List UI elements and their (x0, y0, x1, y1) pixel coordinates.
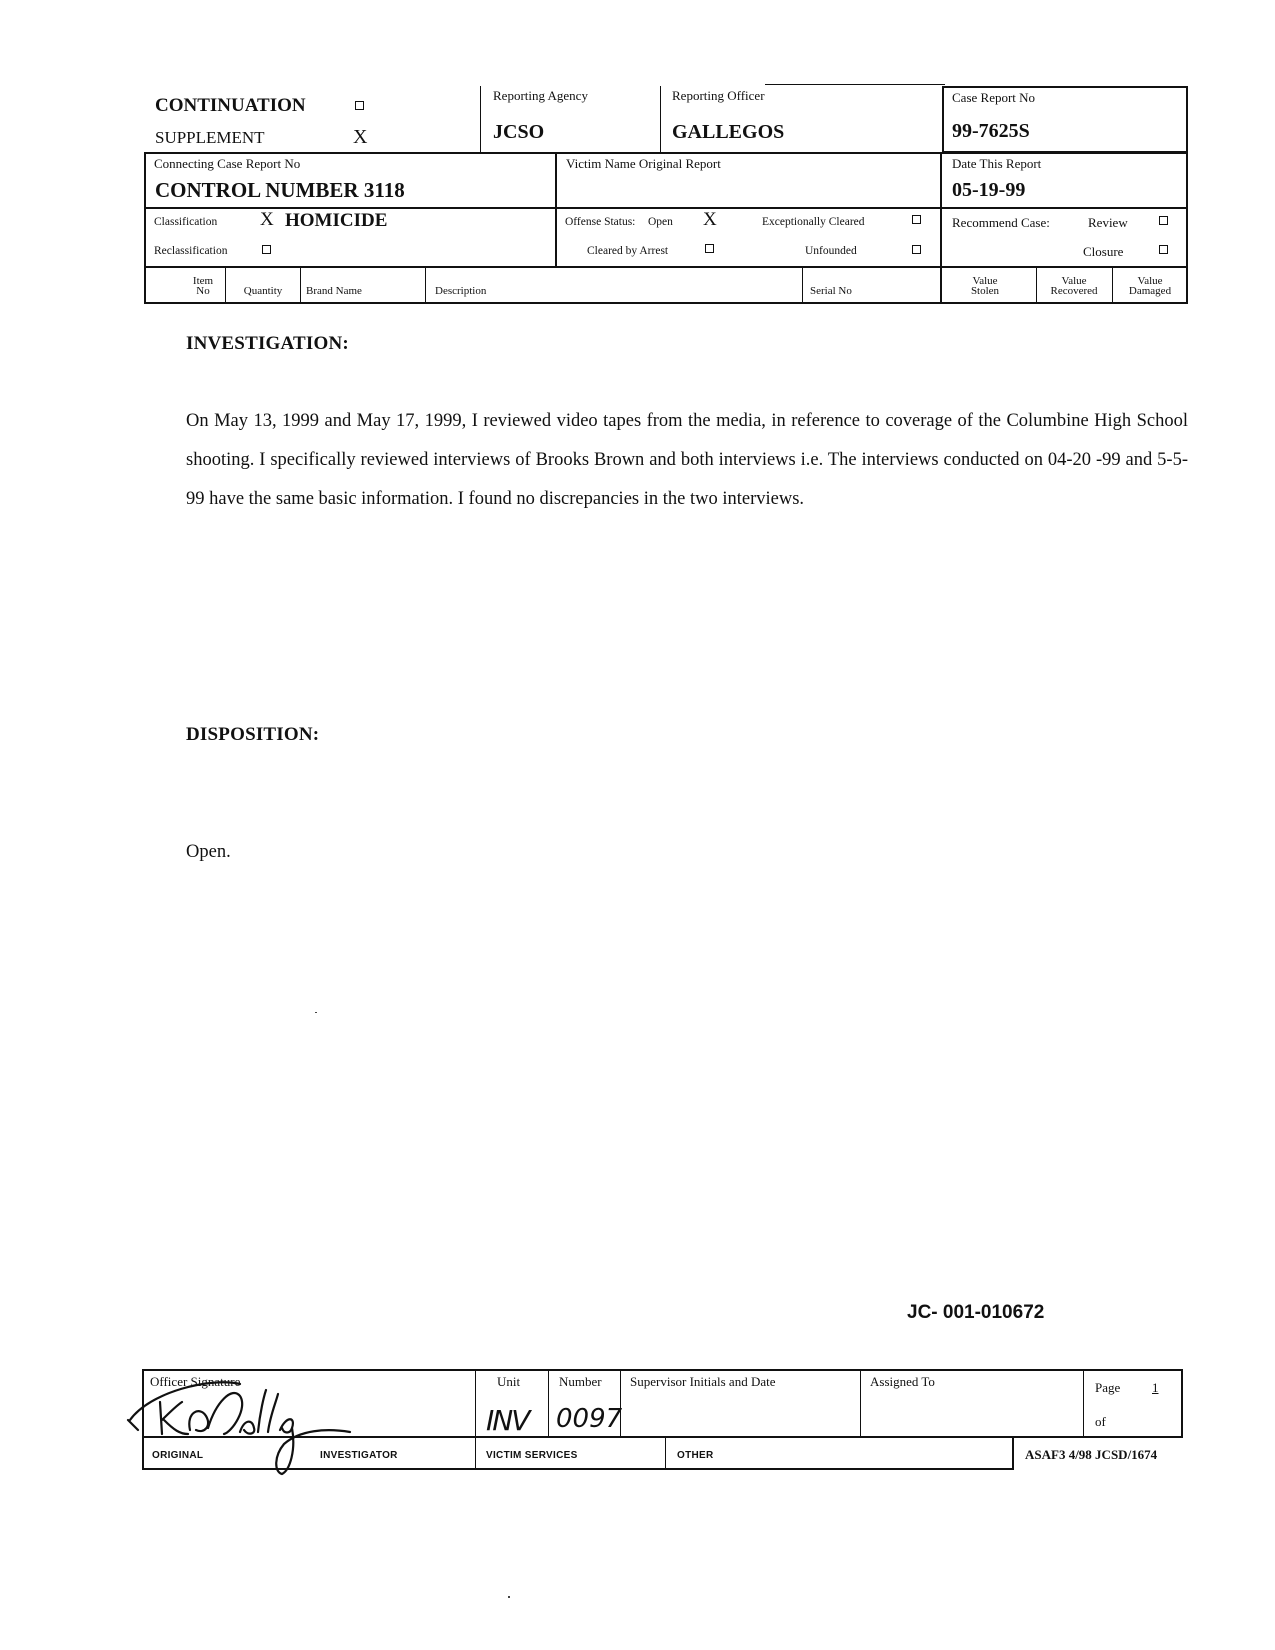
divider (480, 86, 481, 152)
status-exceptionally-cleared-label: Exceptionally Cleared (762, 216, 865, 228)
supplement-label: SUPPLEMENT (155, 128, 265, 148)
column-header-serial-no: Serial No (810, 286, 870, 296)
page-value: 1 (1152, 1380, 1159, 1396)
unit-label: Unit (497, 1374, 520, 1390)
status-open-label: Open (648, 216, 673, 228)
status-exceptionally-cleared-checkbox[interactable] (912, 215, 921, 224)
disposition-text: Open. (186, 842, 231, 863)
status-cleared-by-arrest-checkbox[interactable] (705, 244, 714, 253)
divider (802, 266, 803, 304)
reporting-officer-label: Reporting Officer (672, 88, 765, 104)
divider (1083, 1369, 1084, 1437)
divider (660, 86, 661, 152)
disposition-heading: DISPOSITION: (186, 724, 319, 746)
continuation-label: CONTINUATION (155, 95, 306, 117)
connecting-case-value: CONTROL NUMBER 3118 (155, 178, 405, 203)
divider (620, 1369, 621, 1437)
divider (860, 1369, 861, 1437)
divider (425, 266, 426, 304)
victim-services-label: VICTIM SERVICES (486, 1450, 578, 1461)
reclassification-label: Reclassification (154, 245, 227, 257)
classification-value: HOMICIDE (285, 210, 387, 232)
column-header-brand-name: Brand Name (306, 286, 386, 296)
column-header-item-no: Item No (188, 276, 218, 296)
column-header-value-recovered: Value Recovered (1038, 276, 1110, 296)
column-header-description: Description (435, 286, 515, 296)
column-header-quantity: Quantity (230, 286, 296, 296)
status-cleared-by-arrest-label: Cleared by Arrest (587, 245, 668, 257)
divider (1112, 266, 1113, 304)
divider (665, 1437, 666, 1470)
scan-speck (315, 1012, 317, 1013)
divider (548, 1369, 549, 1437)
reporting-officer-value: GALLEGOS (672, 121, 784, 144)
date-this-report-label: Date This Report (952, 156, 1041, 172)
recommend-closure-checkbox[interactable] (1159, 245, 1168, 254)
divider (300, 266, 301, 304)
other-label: OTHER (677, 1450, 714, 1461)
divider (1036, 266, 1037, 304)
divider (225, 266, 226, 304)
divider (475, 1369, 476, 1470)
classification-mark[interactable]: X (260, 209, 274, 231)
reporting-agency-value: JCSO (493, 121, 544, 144)
case-report-no-value: 99-7625S (952, 120, 1030, 143)
divider (765, 84, 945, 85)
assigned-to-label: Assigned To (870, 1374, 935, 1390)
number-label: Number (559, 1374, 602, 1390)
number-value: 0097 (556, 1404, 622, 1434)
recommend-review-checkbox[interactable] (1159, 216, 1168, 225)
scan-speck (508, 1596, 510, 1598)
original-label: ORIGINAL (152, 1450, 203, 1461)
date-this-report-value: 05-19-99 (952, 179, 1025, 202)
column-header-value-stolen: Value Stolen (950, 276, 1020, 296)
investigation-text: On May 13, 1999 and May 17, 1999, I revi… (186, 402, 1188, 519)
divider (940, 152, 942, 304)
of-label: of (1095, 1414, 1106, 1430)
status-unfounded-label: Unfounded (805, 245, 857, 257)
reclassification-checkbox[interactable] (262, 245, 271, 254)
supplement-checkbox-mark[interactable]: X (353, 126, 367, 149)
unit-value: INV (486, 1404, 528, 1437)
officer-signature (120, 1372, 380, 1482)
recommend-case-label: Recommend Case: (952, 215, 1050, 231)
recommend-closure-label: Closure (1083, 244, 1123, 260)
recommend-review-label: Review (1088, 215, 1128, 231)
supervisor-initials-label: Supervisor Initials and Date (630, 1374, 776, 1390)
status-open-mark[interactable]: X (703, 209, 717, 231)
offense-status-label: Offense Status: (565, 216, 635, 228)
divider (555, 152, 557, 266)
bates-number: JC- 001-010672 (907, 1302, 1044, 1324)
column-header-value-damaged: Value Damaged (1114, 276, 1186, 296)
investigation-heading: INVESTIGATION: (186, 333, 349, 355)
reporting-agency-label: Reporting Agency (493, 88, 588, 104)
classification-label: Classification (154, 216, 217, 228)
connecting-case-label: Connecting Case Report No (154, 156, 300, 172)
continuation-checkbox[interactable] (355, 101, 364, 110)
page-label: Page (1095, 1380, 1120, 1396)
status-unfounded-checkbox[interactable] (912, 245, 921, 254)
divider (144, 207, 1188, 209)
victim-name-label: Victim Name Original Report (566, 156, 721, 172)
case-report-no-label: Case Report No (952, 90, 1035, 106)
investigator-label: INVESTIGATOR (320, 1450, 398, 1461)
form-id: ASAF3 4/98 JCSD/1674 (1025, 1447, 1157, 1463)
